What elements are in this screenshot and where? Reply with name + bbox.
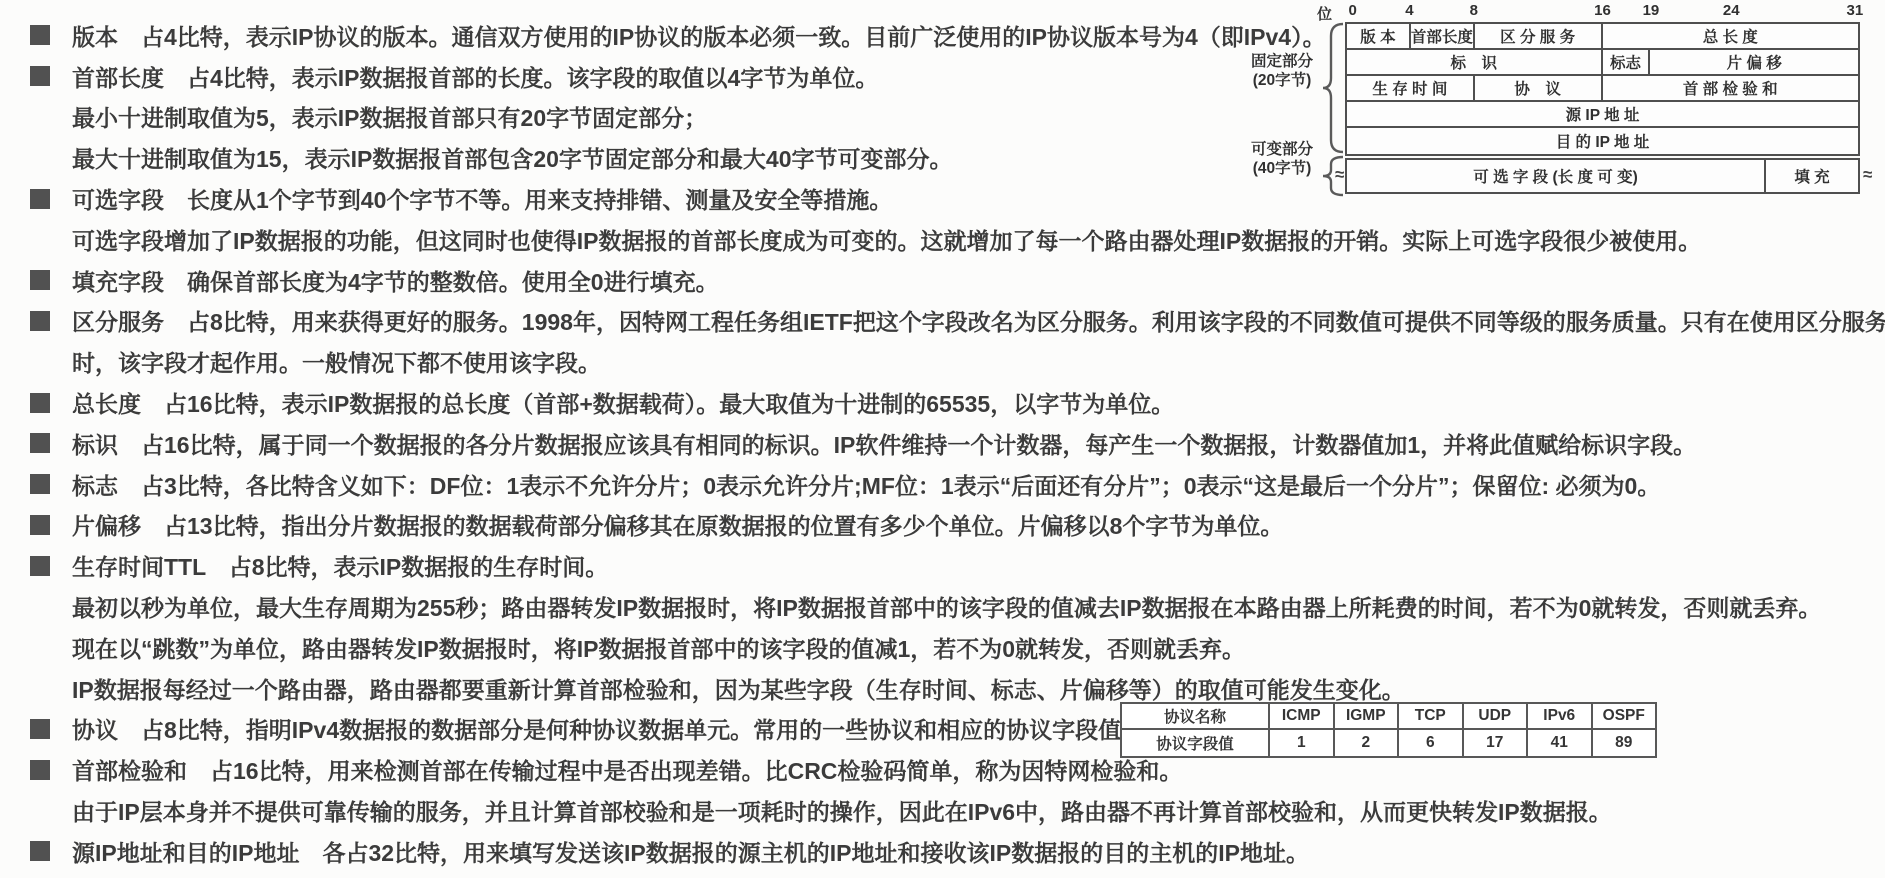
table-cell: IPv6 — [1528, 704, 1593, 728]
ip-header-diagram: 位 0 4 8 16 19 24 31 版 本 首部长度 区 分 服 务 总 长… — [1245, 2, 1885, 210]
table-cell: 6 — [1399, 730, 1464, 756]
header-row: 源 IP 地 址 — [1347, 102, 1858, 128]
line-text: 最小十进制取值为5，表示IP数据报首部只有20字节固定部分； — [72, 100, 707, 133]
bit-tick: 31 — [1847, 2, 1864, 19]
bit-tick: 8 — [1470, 2, 1478, 19]
line-text: 最大十进制取值为15，表示IP数据报首部包含20字节固定部分和最大40字节可变部… — [72, 141, 952, 174]
bullet-square-icon — [30, 760, 50, 780]
line-item: 填充字段 确保首部长度为4字节的整数倍。使用全0进行填充。 — [0, 260, 1885, 301]
bit-tick: 24 — [1723, 2, 1740, 19]
line-text: IP数据报每经过一个路由器，路由器都要重新计算首部检验和，因为某些字段（生存时间… — [72, 672, 1405, 705]
slide-canvas: 版本 占4比特，表示IP协议的版本。通信双方使用的IP协议的版本必须一致。目前广… — [0, 0, 1885, 878]
line-item: 现在以“跳数”为单位，路由器转发IP数据报时，将IP数据报首部中的该字段的值减1… — [0, 627, 1885, 668]
header-row: 生 存 时 间 协 议 首 部 检 验 和 — [1347, 76, 1858, 102]
fixed-part-rows: 版 本 首部长度 区 分 服 务 总 长 度 标 识 标志 片 偏 移 生 存 … — [1345, 22, 1860, 156]
field-cell-total-length: 总 长 度 — [1603, 24, 1859, 48]
line-text: 生存时间TTL 占8比特，表示IP数据报的生存时间。 — [72, 549, 608, 582]
bullet-square-icon — [30, 270, 50, 290]
field-cell-protocol: 协 议 — [1475, 76, 1603, 100]
field-cell-dscp: 区 分 服 务 — [1475, 24, 1603, 48]
line-text: 版本 占4比特，表示IP协议的版本。通信双方使用的IP协议的版本必须一致。目前广… — [72, 19, 1326, 52]
line-text: 可选字段 长度从1个字节到40个字节不等。用来支持排错、测量及安全等措施。 — [72, 182, 892, 215]
bit-tick: 4 — [1405, 2, 1413, 19]
brace-variable-icon — [1321, 155, 1345, 197]
bullet-square-icon — [30, 433, 50, 453]
bit-label: 位 — [1317, 3, 1332, 24]
line-item: 区分服务 占8比特，用来获得更好的服务。1998年，因特网工程任务组IETF把这… — [0, 301, 1885, 342]
line-item: 最初以秒为单位，最大生存周期为255秒；路由器转发IP数据报时，将IP数据报首部… — [0, 586, 1885, 627]
table-cell: OSPF — [1593, 704, 1656, 728]
line-text: 现在以“跳数”为单位，路由器转发IP数据报时，将IP数据报首部中的该字段的值减1… — [72, 631, 1245, 664]
field-cell-source-ip: 源 IP 地 址 — [1347, 102, 1858, 126]
header-row: 目 的 IP 地 址 — [1347, 128, 1858, 154]
variable-part-label: 可变部分 (40字节) — [1245, 140, 1319, 178]
bullet-square-icon — [30, 841, 50, 861]
bullet-square-icon — [30, 515, 50, 535]
field-cell-identification: 标 识 — [1347, 50, 1603, 74]
line-text: 总长度 占16比特，表示IP数据报的总长度（首部+数据载荷）。最大取值为十进制的… — [72, 386, 1174, 419]
table-cell: 协议字段值 — [1122, 730, 1270, 756]
bullet-square-icon — [30, 556, 50, 576]
bullet-square-icon — [30, 311, 50, 331]
bullet-square-icon — [30, 66, 50, 86]
line-item: 总长度 占16比特，表示IP数据报的总长度（首部+数据载荷）。最大取值为十进制的… — [0, 382, 1885, 423]
field-cell-ttl: 生 存 时 间 — [1347, 76, 1475, 100]
bit-ruler: 0 4 8 16 19 24 31 — [1345, 2, 1860, 20]
line-text: 标志 占3比特，各比特含义如下：DF位：1表示不允许分片；0表示允许分片;MF位… — [72, 468, 1660, 501]
table-row: 协议字段值 1 2 6 17 41 89 — [1122, 730, 1655, 756]
break-mark-icon: ≈ — [1863, 165, 1872, 185]
line-text: 首部长度 占4比特，表示IP数据报首部的长度。该字段的取值以4字节为单位。 — [72, 60, 878, 93]
bullet-square-icon — [30, 393, 50, 413]
bullet-square-icon — [30, 25, 50, 45]
table-cell: 协议名称 — [1122, 704, 1270, 728]
table-row: 协议名称 ICMP IGMP TCP UDP IPv6 OSPF — [1122, 704, 1655, 730]
line-text: 时，该字段才起作用。一般情况下都不使用该字段。 — [72, 345, 601, 378]
line-item: 片偏移 占13比特，指出分片数据报的数据载荷部分偏移其在原数据报的位置有多少个单… — [0, 505, 1885, 546]
field-cell-options: 可 选 字 段 (长 度 可 变) — [1347, 160, 1766, 192]
line-item: 源IP地址和目的IP地址 各占32比特，用来填写发送该IP数据报的源主机的IP地… — [0, 831, 1885, 872]
header-row: 版 本 首部长度 区 分 服 务 总 长 度 — [1347, 24, 1858, 50]
fixed-part-label: 固定部分 (20字节) — [1245, 52, 1319, 90]
variable-part-row: 可 选 字 段 (长 度 可 变) 填 充 — [1345, 158, 1860, 194]
table-cell: TCP — [1399, 704, 1464, 728]
bit-tick: 19 — [1643, 2, 1660, 19]
field-cell-ihl: 首部长度 — [1411, 24, 1475, 48]
field-cell-fragment-offset: 片 偏 移 — [1650, 50, 1858, 74]
field-cell-padding: 填 充 — [1766, 160, 1858, 192]
field-cell-checksum: 首 部 检 验 和 — [1603, 76, 1859, 100]
table-cell: 89 — [1593, 730, 1656, 756]
bit-tick: 16 — [1594, 2, 1611, 19]
bullet-square-icon — [30, 189, 50, 209]
field-cell-flags: 标志 — [1603, 50, 1651, 74]
table-cell: 2 — [1335, 730, 1400, 756]
line-text: 标识 占16比特，属于同一个数据报的各分片数据报应该具有相同的标识。IP软件维持… — [72, 427, 1696, 460]
line-text: 区分服务 占8比特，用来获得更好的服务。1998年，因特网工程任务组IETF把这… — [72, 304, 1885, 337]
line-text: 片偏移 占13比特，指出分片数据报的数据载荷部分偏移其在原数据报的位置有多少个单… — [72, 508, 1283, 541]
line-text: 由于IP层本身并不提供可靠传输的服务，并且计算首部校验和是一项耗时的操作，因此在… — [72, 794, 1612, 827]
table-cell: ICMP — [1270, 704, 1335, 728]
line-item: 生存时间TTL 占8比特，表示IP数据报的生存时间。 — [0, 545, 1885, 586]
table-cell: 41 — [1528, 730, 1593, 756]
table-cell: 17 — [1464, 730, 1529, 756]
line-text: 填充字段 确保首部长度为4字节的整数倍。使用全0进行填充。 — [72, 264, 719, 297]
line-text: 可选字段增加了IP数据报的功能，但这同时也使得IP数据报的首部长度成为可变的。这… — [72, 223, 1701, 256]
table-cell: IGMP — [1335, 704, 1400, 728]
line-text: 首部检验和 占16比特，用来检测首部在传输过程中是否出现差错。比CRC检验码简单… — [72, 753, 1182, 786]
bullet-square-icon — [30, 474, 50, 494]
protocol-table: 协议名称 ICMP IGMP TCP UDP IPv6 OSPF 协议字段值 1… — [1120, 702, 1657, 758]
line-item: 由于IP层本身并不提供可靠传输的服务，并且计算首部校验和是一项耗时的操作，因此在… — [0, 790, 1885, 831]
bit-tick: 0 — [1349, 2, 1357, 19]
line-text: 最初以秒为单位，最大生存周期为255秒；路由器转发IP数据报时，将IP数据报首部… — [72, 590, 1821, 623]
line-item: 时，该字段才起作用。一般情况下都不使用该字段。 — [0, 341, 1885, 382]
line-item: 标识 占16比特，属于同一个数据报的各分片数据报应该具有相同的标识。IP软件维持… — [0, 423, 1885, 464]
line-text: 协议 占8比特，指明IPv4数据报的数据部分是何种协议数据单元。常用的一些协议和… — [72, 712, 1190, 745]
line-text: 源IP地址和目的IP地址 各占32比特，用来填写发送该IP数据报的源主机的IP地… — [72, 835, 1309, 868]
brace-fixed-icon — [1321, 22, 1345, 154]
field-cell-version: 版 本 — [1347, 24, 1411, 48]
field-cell-dest-ip: 目 的 IP 地 址 — [1347, 128, 1858, 154]
header-row: 标 识 标志 片 偏 移 — [1347, 50, 1858, 76]
table-cell: 1 — [1270, 730, 1335, 756]
bullet-square-icon — [30, 719, 50, 739]
table-cell: UDP — [1464, 704, 1529, 728]
line-item: 可选字段增加了IP数据报的功能，但这同时也使得IP数据报的首部长度成为可变的。这… — [0, 219, 1885, 260]
line-item: 标志 占3比特，各比特含义如下：DF位：1表示不允许分片；0表示允许分片;MF位… — [0, 464, 1885, 505]
